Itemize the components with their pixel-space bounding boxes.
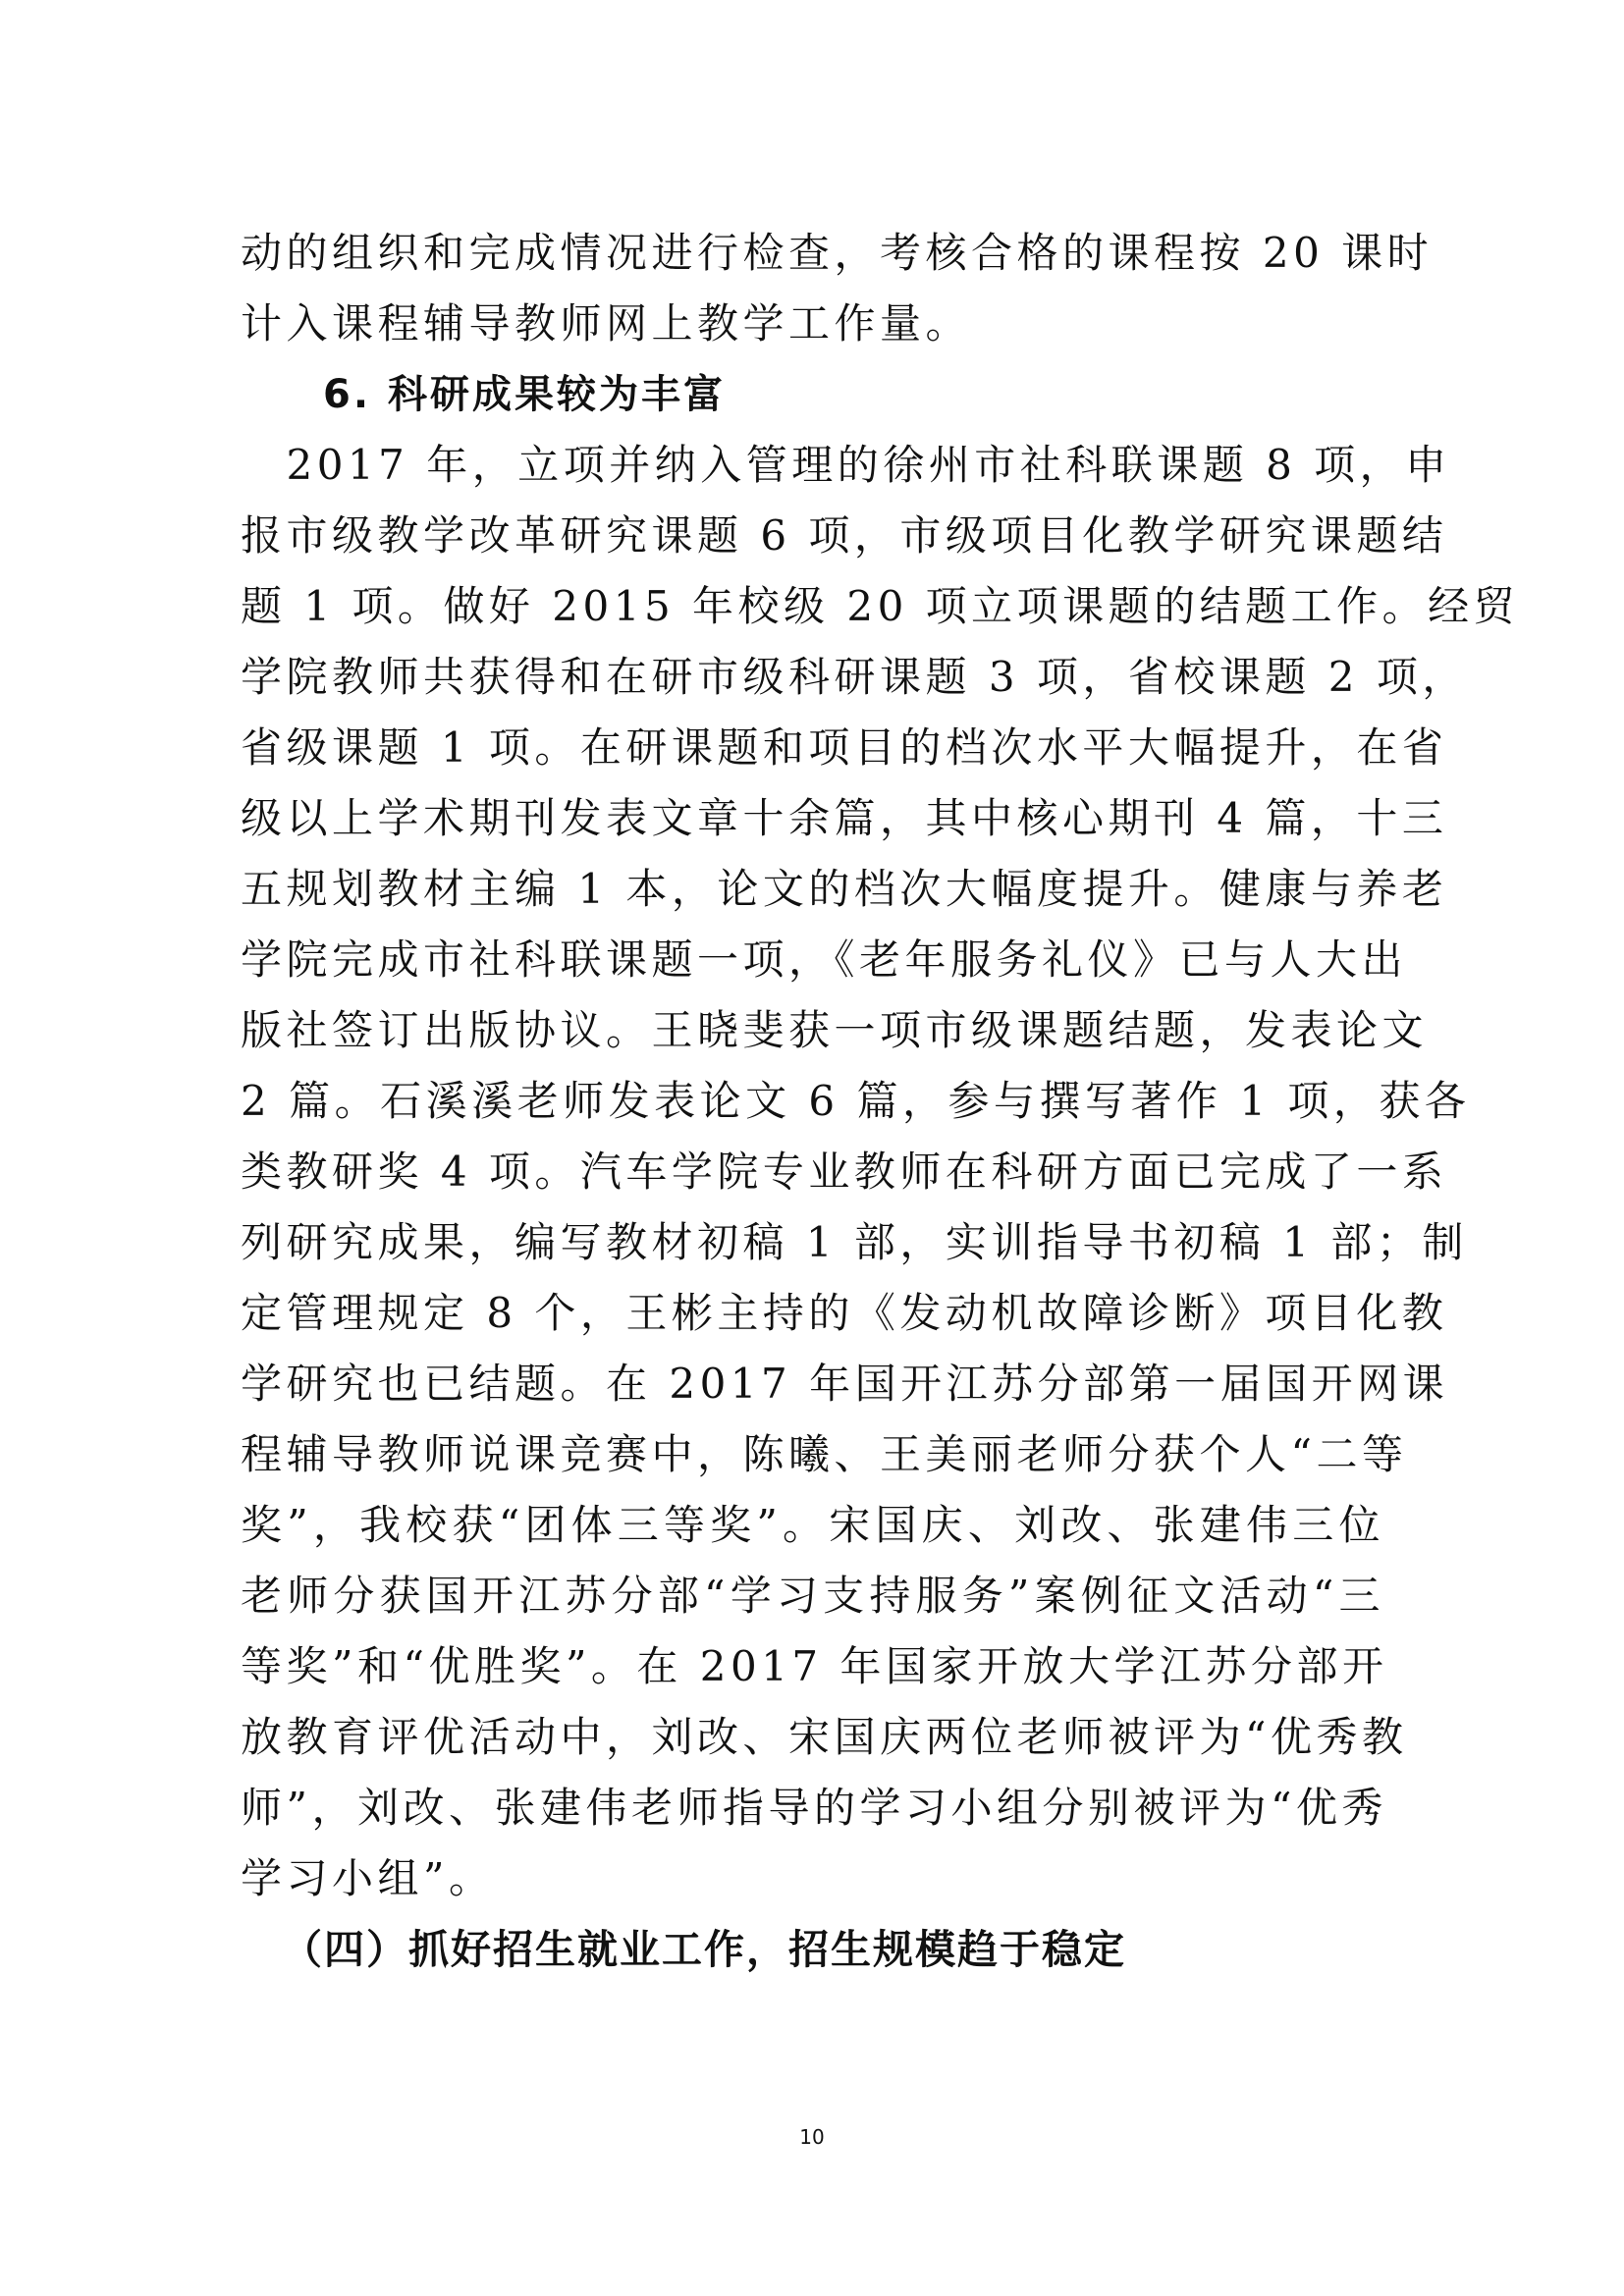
page-number: 10 [0, 2125, 1624, 2149]
body-line: 2017 年，立项并纳入管理的徐州市社科联课题 8 项，申 [241, 430, 1384, 501]
body-line: 程辅导教师说课竞赛中，陈曦、王美丽老师分获个人“二等 [241, 1419, 1384, 1490]
body-line: 类教研奖 4 项。汽车学院专业教师在科研方面已完成了一系 [241, 1137, 1384, 1207]
body-line: 定管理规定 8 个，王彬主持的《发动机故障诊断》项目化教 [241, 1278, 1384, 1349]
document-page: 动的组织和完成情况进行检查，考核合格的课程按 20 课时 计入课程辅导教师网上教… [0, 0, 1624, 2296]
section-heading-6: 6. 科研成果较为丰富 [241, 359, 1384, 430]
body-line: 动的组织和完成情况进行检查，考核合格的课程按 20 课时 [241, 218, 1384, 289]
body-line: 奖”，我校获“团体三等奖”。宋国庆、刘改、张建伟三位 [241, 1490, 1384, 1561]
body-line: 学院教师共获得和在研市级科研课题 3 项，省校课题 2 项， [241, 642, 1384, 713]
body-line: 报市级教学改革研究课题 6 项，市级项目化教学研究课题结 [241, 501, 1384, 571]
body-line: 计入课程辅导教师网上教学工作量。 [241, 289, 1384, 359]
body-line: 版社签订出版协议。王晓斐获一项市级课题结题，发表论文 [241, 995, 1384, 1066]
body-line: 放教育评优活动中，刘改、宋国庆两位老师被评为“优秀教 [241, 1702, 1384, 1773]
body-line: 学研究也已结题。在 2017 年国开江苏分部第一届国开网课 [241, 1349, 1384, 1419]
body-line: 列研究成果，编写教材初稿 1 部，实训指导书初稿 1 部；制 [241, 1207, 1384, 1278]
body-line: 级以上学术期刊发表文章十余篇，其中核心期刊 4 篇，十三 [241, 783, 1384, 854]
body-line: 学院完成市社科联课题一项，《老年服务礼仪》已与人大出 [241, 925, 1384, 995]
body-line: 老师分获国开江苏分部“学习支持服务”案例征文活动“三 [241, 1561, 1384, 1631]
body-line: 五规划教材主编 1 本，论文的档次大幅度提升。健康与养老 [241, 854, 1384, 925]
body-line: 2 篇。石溪溪老师发表论文 6 篇，参与撰写著作 1 项，获各 [241, 1066, 1384, 1137]
body-line: 省级课题 1 项。在研课题和项目的档次水平大幅提升，在省 [241, 713, 1384, 783]
page-body: 动的组织和完成情况进行检查，考核合格的课程按 20 课时 计入课程辅导教师网上教… [241, 218, 1384, 1985]
section-heading-4: （四）抓好招生就业工作，招生规模趋于稳定 [241, 1914, 1384, 1985]
body-line: 题 1 项。做好 2015 年校级 20 项立项课题的结题工作。经贸 [241, 571, 1384, 642]
body-line: 师”，刘改、张建伟老师指导的学习小组分别被评为“优秀 [241, 1773, 1384, 1843]
body-line: 等奖”和“优胜奖”。在 2017 年国家开放大学江苏分部开 [241, 1631, 1384, 1702]
body-line: 学习小组”。 [241, 1843, 1384, 1914]
